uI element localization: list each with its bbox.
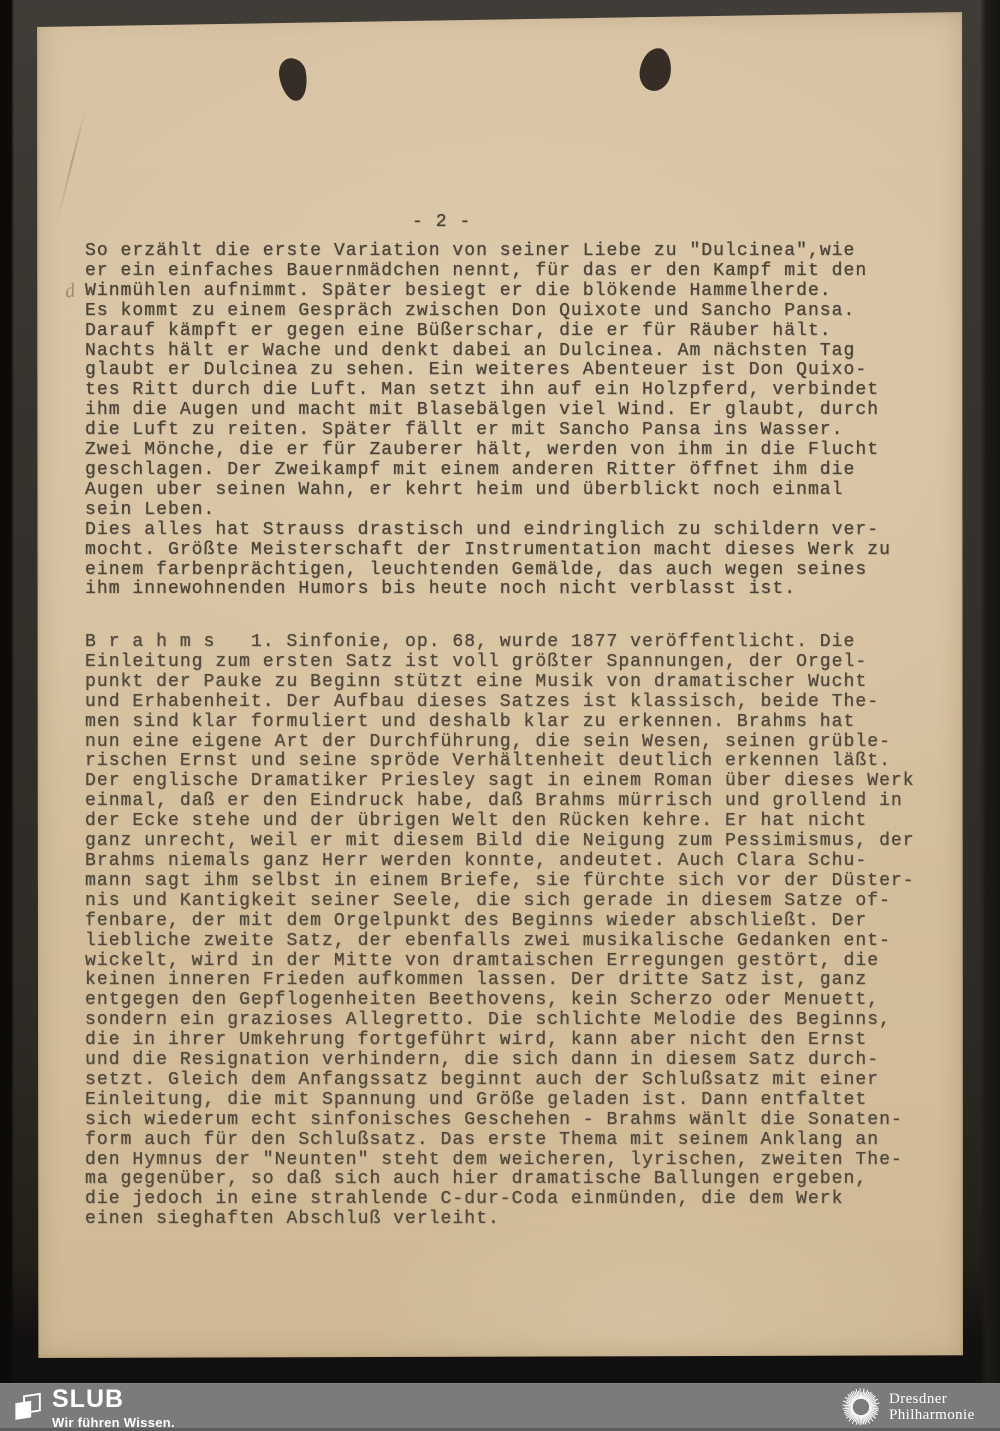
philharmonie-brand: Dresdner Philharmonie [840, 1383, 975, 1431]
slub-brand: SLUB Wir führen Wissen. [13, 1387, 175, 1429]
philharmonie-logo-icon [840, 1386, 882, 1428]
scanned-page: - 2 - d So erzählt die erste Variation v… [37, 12, 963, 1358]
scan-viewer: - 2 - d So erzählt die erste Variation v… [0, 0, 1000, 1431]
philharmonie-line2: Philharmonie [889, 1407, 975, 1424]
punch-hole-left [276, 56, 310, 103]
paragraph-strauss: So erzählt die erste Variation von seine… [85, 242, 973, 600]
slub-wordmark: SLUB [52, 1387, 175, 1412]
slub-wordmark-block: SLUB Wir führen Wissen. [52, 1387, 175, 1429]
margin-pencil-mark: d [63, 279, 76, 303]
slub-tagline: Wir führen Wissen. [52, 1416, 175, 1429]
slub-book-icon [13, 1388, 43, 1424]
philharmonie-line1: Dresdner [889, 1391, 975, 1408]
paper-crease [56, 109, 86, 224]
philharmonie-wordmark: Dresdner Philharmonie [889, 1391, 975, 1424]
page-number: - 2 - [412, 213, 471, 233]
paragraph-brahms: B r a h m s 1. Sinfonie, op. 68, wurde 1… [85, 633, 973, 1230]
punch-hole-right [637, 46, 673, 92]
footer-bar: SLUB Wir führen Wissen. Dresdner Philhar… [0, 1383, 1000, 1431]
